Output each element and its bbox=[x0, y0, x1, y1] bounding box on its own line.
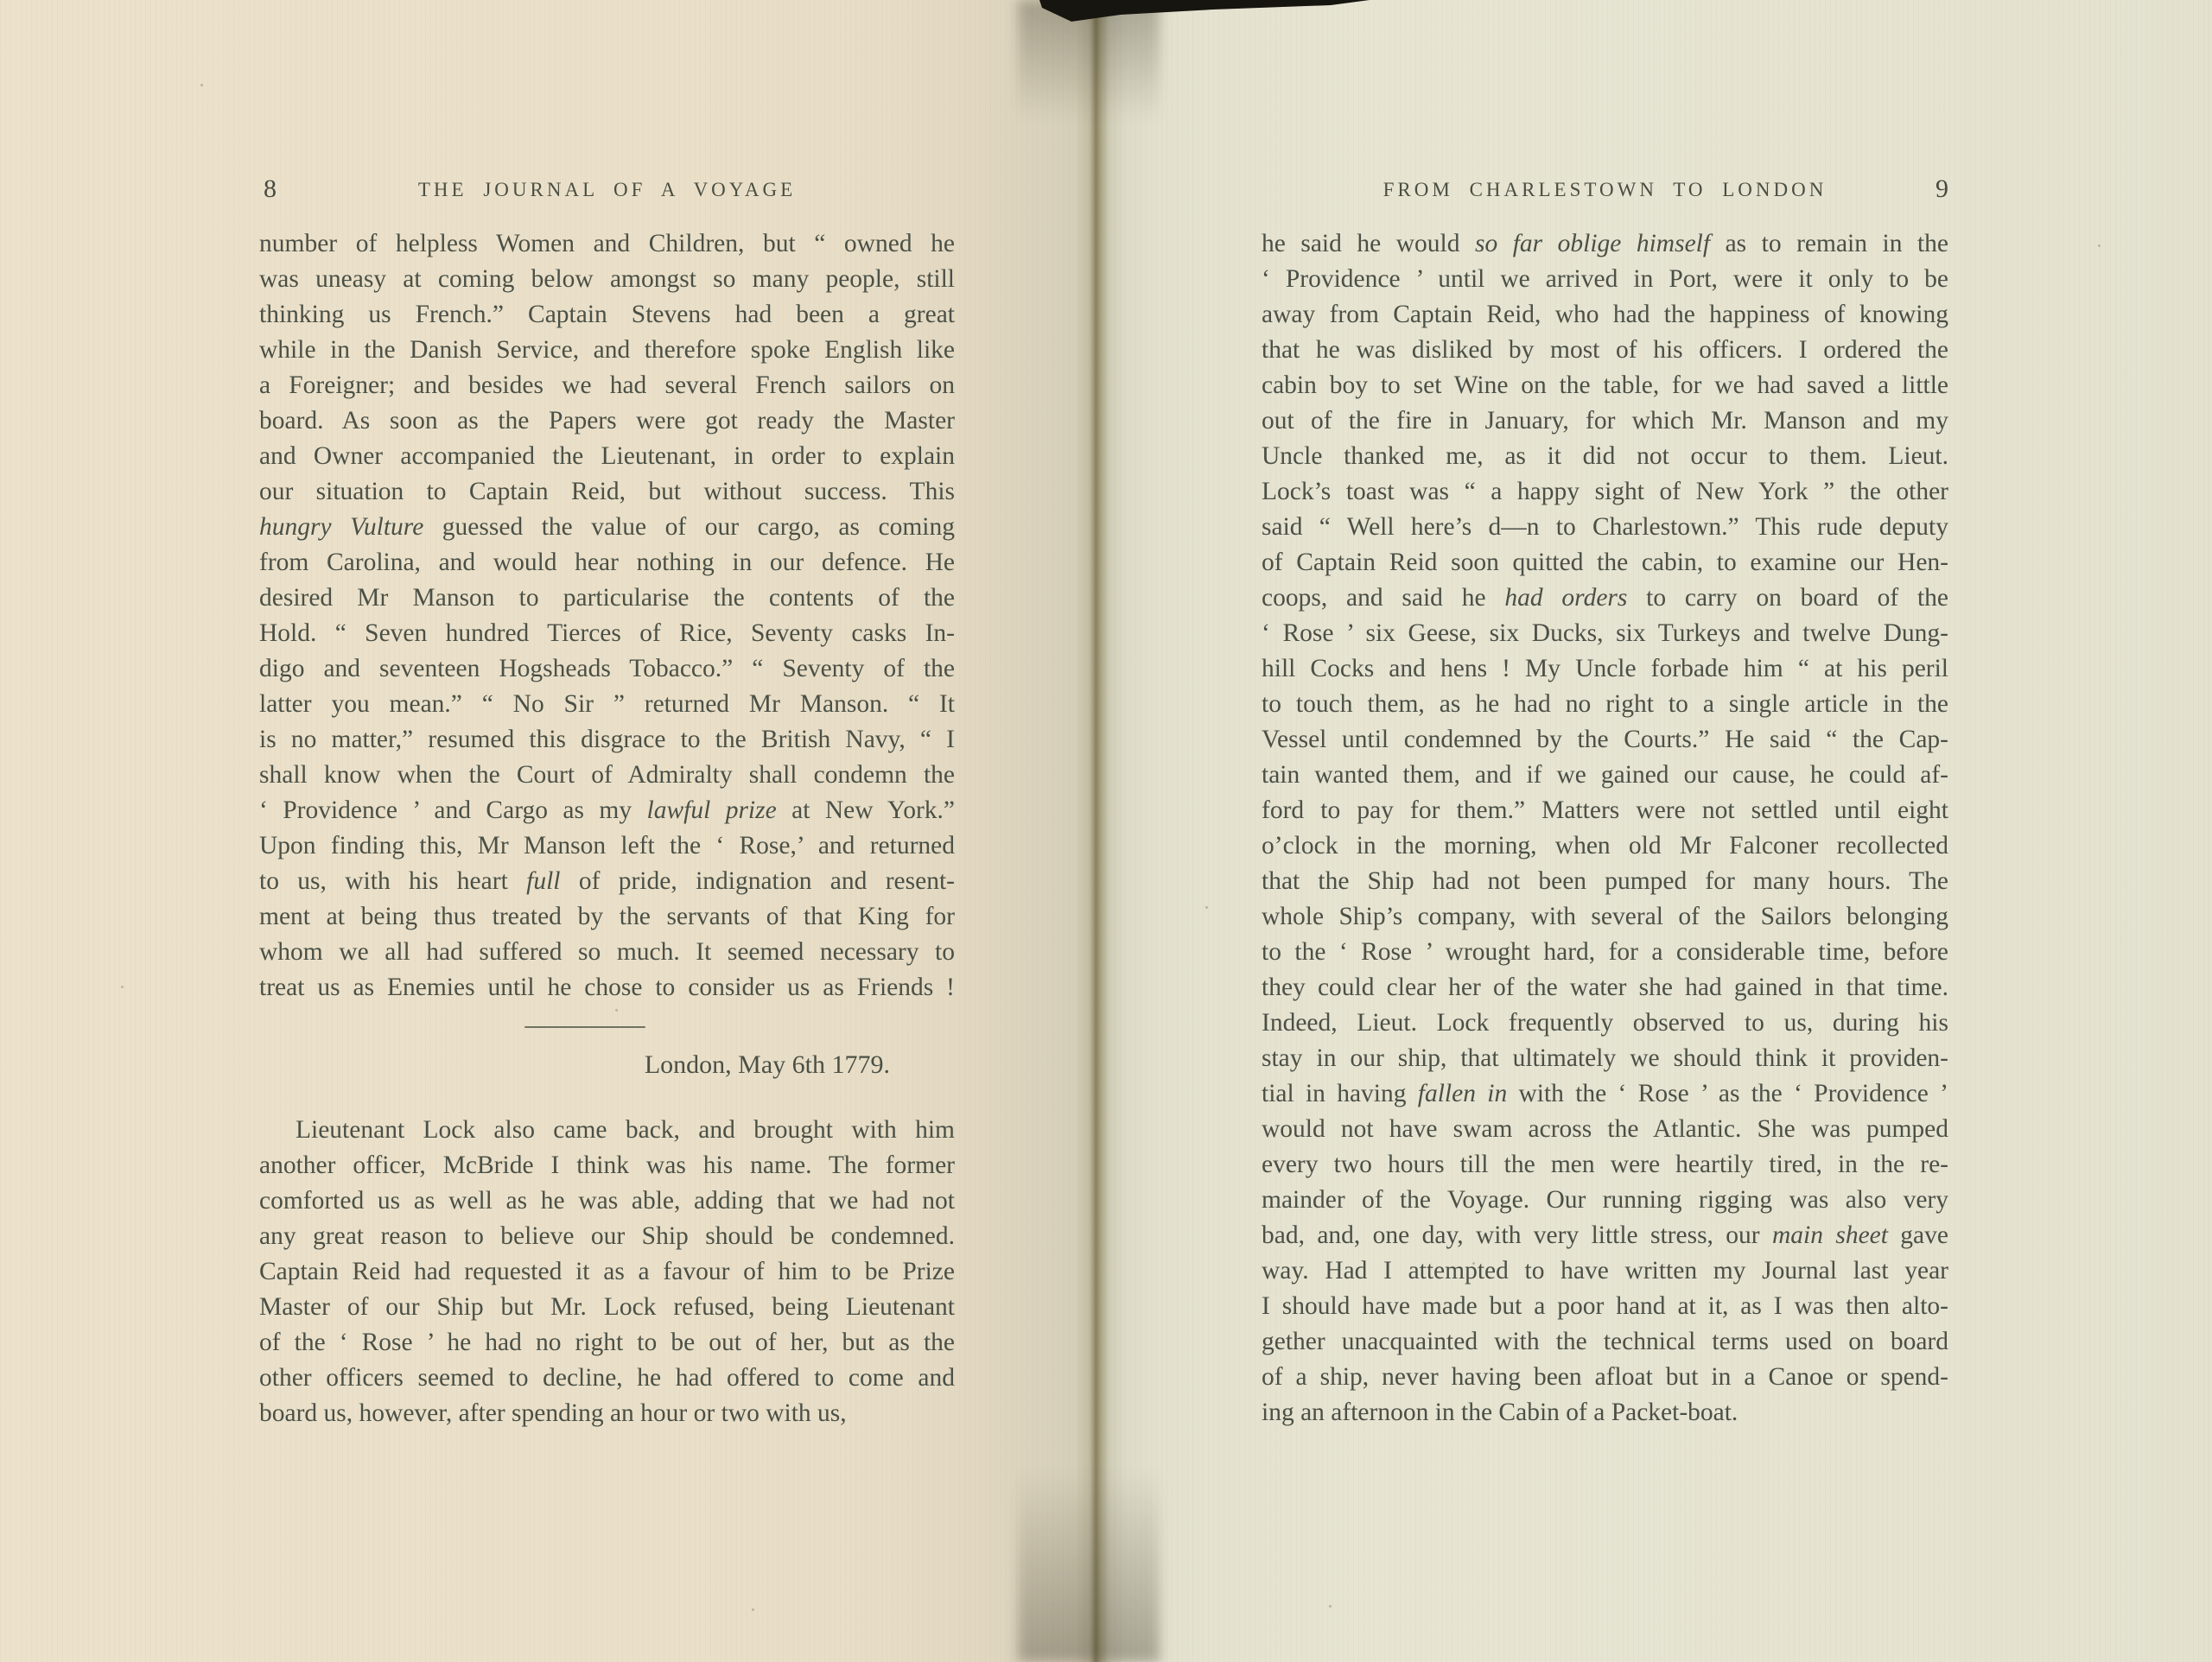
text-line: Uncle thanked me, as it did not occur to… bbox=[1262, 439, 1948, 474]
text-run: as to remain in the bbox=[1710, 230, 1948, 257]
text-line: board us, however, after spending an hou… bbox=[259, 1396, 955, 1431]
text-line: to touch them, as he had no right to a s… bbox=[1262, 687, 1948, 722]
text-run: o’clock in the morning, when old Mr Falc… bbox=[1262, 832, 1948, 860]
text-run: stay in our ship, that ultimately we sho… bbox=[1262, 1044, 1948, 1072]
text-line: other officers seemed to decline, he had… bbox=[259, 1361, 955, 1396]
text-run: shall know when the Court of Admiralty s… bbox=[259, 761, 955, 789]
text-line: of Captain Reid soon quitted the cabin, … bbox=[1262, 545, 1948, 580]
right-running-head: FROM CHARLESTOWN TO LONDON bbox=[1383, 179, 1827, 201]
text-run: to us, with his heart bbox=[259, 867, 526, 895]
text-line: bad, and, one day, with very little stre… bbox=[1262, 1218, 1948, 1253]
text-line: ing an afternoon in the Cabin of a Packe… bbox=[1262, 1395, 1948, 1430]
text-run: board. As soon as the Papers were got re… bbox=[259, 407, 955, 435]
text-line: I should have made but a poor hand at it… bbox=[1262, 1289, 1948, 1324]
text-line: a Foreigner; and besides we had several … bbox=[259, 368, 955, 403]
text-line: our situation to Captain Reid, but witho… bbox=[259, 474, 955, 510]
section-divider-rule bbox=[524, 1026, 645, 1028]
text-run: another officer, McBride I think was his… bbox=[259, 1151, 955, 1179]
text-line: to the ‘ Rose ’ wrought hard, for a cons… bbox=[1262, 935, 1948, 970]
text-line: that the Ship had not been pumped for ma… bbox=[1262, 864, 1948, 899]
text-run: that he was disliked by most of his offi… bbox=[1262, 336, 1948, 364]
text-run: digo and seventeen Hogsheads Tobacco.” “… bbox=[259, 655, 955, 682]
left-paragraph-1: number of helpless Women and Children, b… bbox=[259, 226, 955, 1005]
text-run-italic: lawful prize bbox=[647, 796, 777, 824]
text-line: of the ‘ Rose ’ he had no right to be ou… bbox=[259, 1325, 955, 1361]
text-run: every two hours till the men were hearti… bbox=[1262, 1151, 1948, 1178]
right-running-head-row: FROM CHARLESTOWN TO LONDON 9 bbox=[1262, 174, 1948, 209]
text-line: tain wanted them, and if we gained our c… bbox=[1262, 758, 1948, 793]
text-line: shall know when the Court of Admiralty s… bbox=[259, 758, 955, 793]
text-run: of pride, indignation and resent- bbox=[560, 867, 955, 895]
text-line: ment at being thus treated by the servan… bbox=[259, 899, 955, 935]
text-run: ing an afternoon in the Cabin of a Packe… bbox=[1262, 1399, 1738, 1426]
text-run: to touch them, as he had no right to a s… bbox=[1262, 690, 1948, 718]
text-line: number of helpless Women and Children, b… bbox=[259, 226, 955, 262]
right-page-number: 9 bbox=[1935, 174, 1948, 204]
text-run: Indeed, Lieut. Lock frequently observed … bbox=[1262, 1009, 1948, 1037]
text-run: ‘ Providence ’ and Cargo as my bbox=[259, 796, 647, 824]
text-run: gave bbox=[1888, 1221, 1948, 1249]
text-run: whole Ship’s company, with several of th… bbox=[1262, 903, 1948, 930]
left-page: 8 THE JOURNAL OF A VOYAGE number of help… bbox=[259, 0, 955, 1662]
left-running-head: THE JOURNAL OF A VOYAGE bbox=[418, 179, 796, 201]
text-line: comforted us as well as he was able, add… bbox=[259, 1183, 955, 1219]
text-run-italic: so far oblige himself bbox=[1475, 230, 1710, 257]
text-run: ford to pay for them.” Matters were not … bbox=[1262, 796, 1948, 824]
text-line: Captain Reid had requested it as a favou… bbox=[259, 1254, 955, 1290]
text-run: tial in having bbox=[1262, 1080, 1418, 1107]
text-run-italic: main sheet bbox=[1772, 1221, 1888, 1249]
text-line: hill Cocks and hens ! My Uncle forbade h… bbox=[1262, 651, 1948, 687]
text-run: tain wanted them, and if we gained our c… bbox=[1262, 761, 1948, 789]
left-page-number: 8 bbox=[264, 174, 276, 204]
gutter-shadow bbox=[1018, 0, 1160, 1662]
text-run: guessed the value of our cargo, as comin… bbox=[423, 513, 955, 541]
text-run: is no matter,” resumed this disgrace to … bbox=[259, 726, 955, 753]
text-run: out of the fire in January, for which Mr… bbox=[1262, 407, 1948, 435]
text-line: board. As soon as the Papers were got re… bbox=[259, 403, 955, 439]
text-run: and Owner accompanied the Lieutenant, in… bbox=[259, 442, 955, 470]
dateline: London, May 6th 1779. bbox=[259, 1047, 955, 1082]
text-line: stay in our ship, that ultimately we sho… bbox=[1262, 1041, 1948, 1076]
text-run: Vessel until condemned by the Courts.” H… bbox=[1262, 726, 1948, 753]
paper-speck bbox=[2098, 244, 2101, 247]
text-run: said “ Well here’s d—n to Charlestown.” … bbox=[1262, 513, 1948, 541]
text-run: Master of our Ship but Mr. Lock refused,… bbox=[259, 1293, 955, 1321]
text-line: every two hours till the men were hearti… bbox=[1262, 1147, 1948, 1183]
paper-speck bbox=[200, 84, 203, 86]
text-run: bad, and, one day, with very little stre… bbox=[1262, 1221, 1772, 1249]
text-run: that the Ship had not been pumped for ma… bbox=[1262, 867, 1948, 895]
text-line: desired Mr Manson to particularise the c… bbox=[259, 580, 955, 616]
text-run: desired Mr Manson to particularise the c… bbox=[259, 584, 955, 612]
text-run: to the ‘ Rose ’ wrought hard, for a cons… bbox=[1262, 938, 1948, 966]
text-run: comforted us as well as he was able, add… bbox=[259, 1187, 955, 1215]
text-line: said “ Well here’s d—n to Charlestown.” … bbox=[1262, 510, 1948, 545]
text-line: Vessel until condemned by the Courts.” H… bbox=[1262, 722, 1948, 758]
text-line: from Carolina, and would hear nothing in… bbox=[259, 545, 955, 580]
text-line: Hold. “ Seven hundred Tierces of Rice, S… bbox=[259, 616, 955, 651]
text-run-italic: hungry Vulture bbox=[259, 513, 423, 541]
text-line: o’clock in the morning, when old Mr Falc… bbox=[1262, 828, 1948, 864]
text-run: would not have swam across the Atlantic.… bbox=[1262, 1115, 1948, 1143]
text-run: gether unacquainted with the technical t… bbox=[1262, 1328, 1948, 1355]
text-run: Uncle thanked me, as it did not occur to… bbox=[1262, 442, 1948, 470]
text-run: they could clear her of the water she ha… bbox=[1262, 974, 1948, 1001]
text-run: ‘ Rose ’ six Geese, six Ducks, six Turke… bbox=[1262, 619, 1948, 647]
text-line: would not have swam across the Atlantic.… bbox=[1262, 1112, 1948, 1147]
paper-speck bbox=[121, 986, 124, 988]
text-line: ‘ Providence ’ and Cargo as my lawful pr… bbox=[259, 793, 955, 828]
text-run: from Carolina, and would hear nothing in… bbox=[259, 549, 955, 576]
text-line: is no matter,” resumed this disgrace to … bbox=[259, 722, 955, 758]
text-run-italic: full bbox=[526, 867, 560, 895]
text-line: away from Captain Reid, who had the happ… bbox=[1262, 297, 1948, 333]
text-line: ‘ Providence ’ until we arrived in Port,… bbox=[1262, 262, 1948, 297]
text-run: mainder of the Voyage. Our running riggi… bbox=[1262, 1186, 1948, 1214]
text-line: whole Ship’s company, with several of th… bbox=[1262, 899, 1948, 935]
text-line: any great reason to believe our Ship sho… bbox=[259, 1219, 955, 1254]
text-line: another officer, McBride I think was his… bbox=[259, 1148, 955, 1183]
text-run: Captain Reid had requested it as a favou… bbox=[259, 1258, 955, 1285]
text-line: out of the fire in January, for which Mr… bbox=[1262, 403, 1948, 439]
text-line: ford to pay for them.” Matters were not … bbox=[1262, 793, 1948, 828]
text-run: Lieutenant Lock also came back, and brou… bbox=[296, 1116, 955, 1144]
text-run-italic: had orders bbox=[1504, 584, 1627, 612]
text-line: he said he would so far oblige himself a… bbox=[1262, 226, 1948, 262]
text-line: to us, with his heart full of pride, ind… bbox=[259, 864, 955, 899]
text-run: other officers seemed to decline, he had… bbox=[259, 1364, 955, 1392]
left-paragraph-2: Lieutenant Lock also came back, and brou… bbox=[259, 1113, 955, 1431]
text-line: gether unacquainted with the technical t… bbox=[1262, 1324, 1948, 1360]
text-run: way. Had I attempted to have written my … bbox=[1262, 1257, 1948, 1285]
text-run: a Foreigner; and besides we had several … bbox=[259, 371, 955, 399]
text-line: treat us as Enemies until he chose to co… bbox=[259, 970, 955, 1005]
text-run: thinking us French.” Captain Stevens had… bbox=[259, 301, 955, 328]
left-running-head-row: 8 THE JOURNAL OF A VOYAGE bbox=[259, 174, 955, 209]
text-run: cabin boy to set Wine on the table, for … bbox=[1262, 371, 1948, 399]
text-line: whom we all had suffered so much. It see… bbox=[259, 935, 955, 970]
book-scan: { "book": { "left_page": { "page_number"… bbox=[0, 0, 2212, 1662]
text-run: latter you mean.” “ No Sir ” returned Mr… bbox=[259, 690, 955, 718]
text-run: at New York.” bbox=[777, 796, 955, 824]
text-run: away from Captain Reid, who had the happ… bbox=[1262, 301, 1948, 328]
text-line: Upon finding this, Mr Manson left the ‘ … bbox=[259, 828, 955, 864]
text-run: hill Cocks and hens ! My Uncle forbade h… bbox=[1262, 655, 1948, 682]
text-run: of a ship, never having been afloat but … bbox=[1262, 1363, 1948, 1391]
text-run: our situation to Captain Reid, but witho… bbox=[259, 478, 955, 505]
right-paragraph-1: he said he would so far oblige himself a… bbox=[1262, 226, 1948, 1430]
text-run: was uneasy at coming below amongst so ma… bbox=[259, 265, 955, 293]
text-run: he said he would bbox=[1262, 230, 1475, 257]
text-run: Hold. “ Seven hundred Tierces of Rice, S… bbox=[259, 619, 955, 647]
text-run: while in the Danish Service, and therefo… bbox=[259, 336, 955, 364]
text-line: hungry Vulture guessed the value of our … bbox=[259, 510, 955, 545]
text-run: to carry on board of the bbox=[1627, 584, 1948, 612]
text-run: whom we all had suffered so much. It see… bbox=[259, 938, 955, 966]
text-run: I should have made but a poor hand at it… bbox=[1262, 1292, 1948, 1320]
text-run: Upon finding this, Mr Manson left the ‘ … bbox=[259, 832, 955, 860]
text-run: board us, however, after spending an hou… bbox=[259, 1399, 847, 1427]
text-line: Indeed, Lieut. Lock frequently observed … bbox=[1262, 1005, 1948, 1041]
text-line: ‘ Rose ’ six Geese, six Ducks, six Turke… bbox=[1262, 616, 1948, 651]
text-run: with the ‘ Rose ’ as the ‘ Providence ’ bbox=[1507, 1080, 1948, 1107]
text-line: thinking us French.” Captain Stevens had… bbox=[259, 297, 955, 333]
text-run: treat us as Enemies until he chose to co… bbox=[259, 974, 955, 1001]
text-line: that he was disliked by most of his offi… bbox=[1262, 333, 1948, 368]
text-line: mainder of the Voyage. Our running riggi… bbox=[1262, 1183, 1948, 1218]
text-run: of Captain Reid soon quitted the cabin, … bbox=[1262, 549, 1948, 576]
text-line: while in the Danish Service, and therefo… bbox=[259, 333, 955, 368]
text-line: Lieutenant Lock also came back, and brou… bbox=[259, 1113, 955, 1148]
text-run: number of helpless Women and Children, b… bbox=[259, 230, 955, 257]
text-line: Master of our Ship but Mr. Lock refused,… bbox=[259, 1290, 955, 1325]
text-run: Lock’s toast was “ a happy sight of New … bbox=[1262, 478, 1948, 505]
text-line: of a ship, never having been afloat but … bbox=[1262, 1360, 1948, 1395]
right-page: FROM CHARLESTOWN TO LONDON 9 he said he … bbox=[1262, 0, 1948, 1662]
paper-speck bbox=[1205, 906, 1208, 909]
text-line: and Owner accompanied the Lieutenant, in… bbox=[259, 439, 955, 474]
text-line: Lock’s toast was “ a happy sight of New … bbox=[1262, 474, 1948, 510]
text-line: tial in having fallen in with the ‘ Rose… bbox=[1262, 1076, 1948, 1112]
text-run: of the ‘ Rose ’ he had no right to be ou… bbox=[259, 1329, 955, 1356]
text-run: coops, and said he bbox=[1262, 584, 1504, 612]
text-run-italic: fallen in bbox=[1418, 1080, 1507, 1107]
text-line: digo and seventeen Hogsheads Tobacco.” “… bbox=[259, 651, 955, 687]
text-run: any great reason to believe our Ship sho… bbox=[259, 1222, 955, 1250]
text-line: way. Had I attempted to have written my … bbox=[1262, 1253, 1948, 1289]
text-run: ‘ Providence ’ until we arrived in Port,… bbox=[1262, 265, 1948, 293]
text-line: latter you mean.” “ No Sir ” returned Mr… bbox=[259, 687, 955, 722]
text-line: cabin boy to set Wine on the table, for … bbox=[1262, 368, 1948, 403]
text-line: coops, and said he had orders to carry o… bbox=[1262, 580, 1948, 616]
text-line: was uneasy at coming below amongst so ma… bbox=[259, 262, 955, 297]
text-run: ment at being thus treated by the servan… bbox=[259, 903, 955, 930]
text-line: they could clear her of the water she ha… bbox=[1262, 970, 1948, 1005]
